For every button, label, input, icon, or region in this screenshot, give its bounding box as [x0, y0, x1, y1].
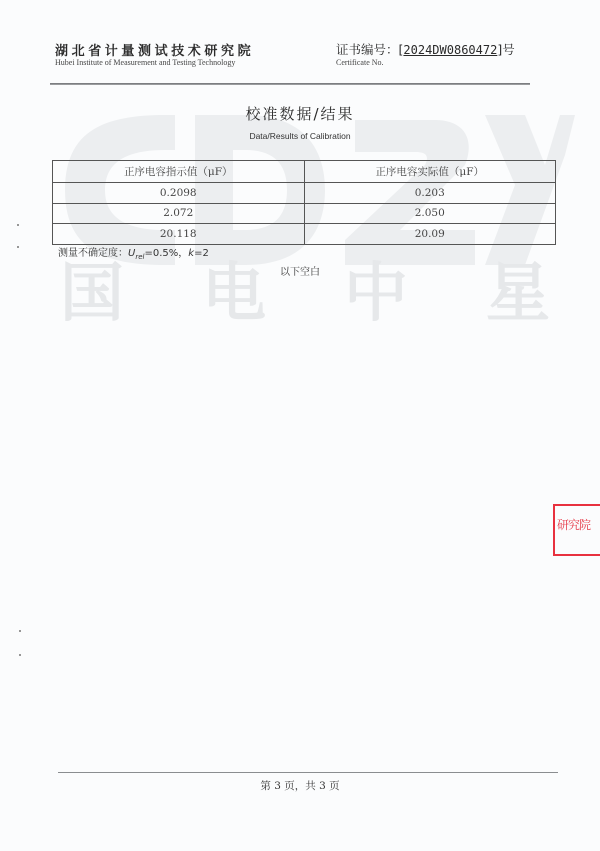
stamp-text: 研究院 [557, 516, 590, 533]
uncertainty-value: =0.5%， [144, 248, 188, 259]
table-row: 20.118 20.09 [53, 224, 556, 245]
table-row: 2.072 2.050 [53, 203, 556, 224]
coverage-factor-value: =2 [194, 248, 209, 259]
certificate-label-en: Certificate No. [336, 58, 384, 67]
blank-below-note: 以下空白 [0, 263, 600, 278]
official-stamp: 研究院 [553, 504, 600, 556]
section-title-cn: 校准数据/结果 [0, 103, 600, 124]
scan-speck [19, 654, 21, 656]
calibration-results-table: 正序电容指示值（μF） 正序电容实际值（μF） 0.2098 0.203 2.0… [52, 160, 556, 245]
scan-speck [17, 246, 19, 248]
indicated-value: 2.072 [53, 203, 305, 224]
header-divider [50, 83, 530, 85]
table-row: 0.2098 0.203 [53, 183, 556, 204]
actual-value: 20.09 [304, 224, 556, 245]
actual-value: 0.203 [304, 183, 556, 204]
certificate-number: 2024DW0860472 [403, 43, 497, 57]
column-header-indicated: 正序电容指示值（μF） [53, 161, 305, 183]
section-title-en: Data/Results of Calibration [0, 131, 600, 141]
institute-name-cn: 湖北省计量测试技术研究院 [55, 40, 254, 59]
certificate-number-line: 证书编号：[2024DW0860472]号 [336, 40, 515, 58]
scan-speck [17, 224, 19, 226]
certificate-label: 证书编号： [336, 42, 399, 57]
certificate-close: ]号 [497, 42, 514, 57]
indicated-value: 20.118 [53, 224, 305, 245]
institute-name-en: Hubei Institute of Measurement and Testi… [55, 58, 235, 67]
measurement-uncertainty: 测量不确定度：Urel=0.5%，k=2 [58, 244, 209, 261]
actual-value: 2.050 [304, 203, 556, 224]
indicated-value: 0.2098 [53, 183, 305, 204]
table-header-row: 正序电容指示值（μF） 正序电容实际值（μF） [53, 161, 556, 183]
uncertainty-label: 测量不确定度： [58, 248, 128, 259]
page-number: 第 3 页，共 3 页 [0, 778, 600, 793]
scan-speck [19, 630, 21, 632]
footer-divider [58, 772, 558, 773]
column-header-actual: 正序电容实际值（μF） [304, 161, 556, 183]
